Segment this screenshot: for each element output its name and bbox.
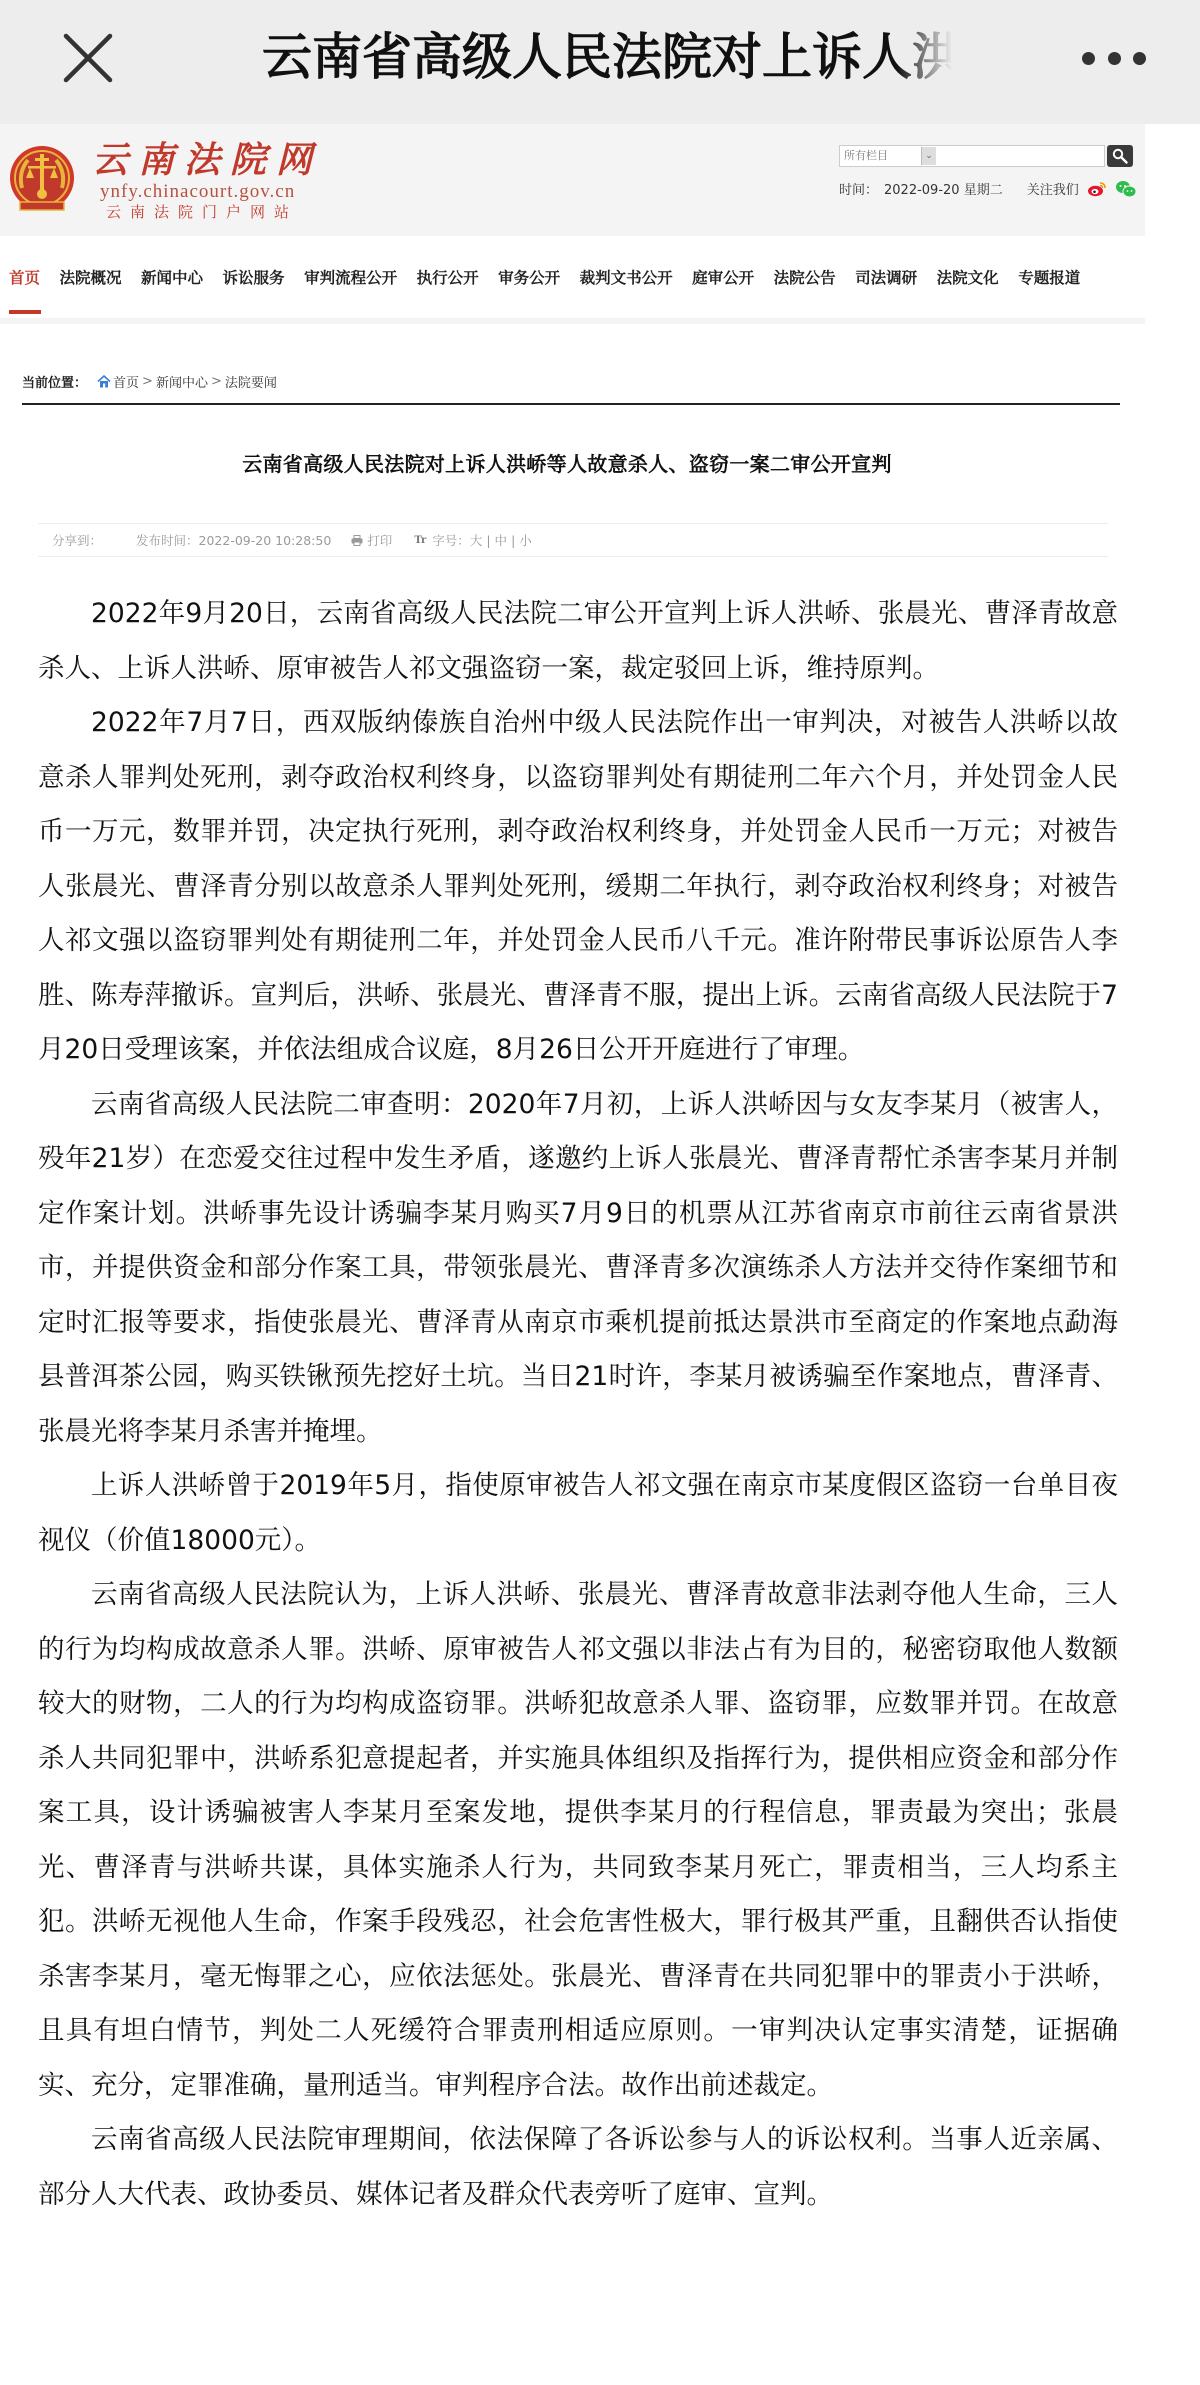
home-icon — [97, 375, 111, 388]
breadcrumb-separator: > — [142, 374, 153, 389]
nav-item-court-affairs[interactable]: 审务公开 — [498, 266, 560, 288]
font-size-icon: Tr — [414, 535, 426, 546]
publish-time-label: 发布时间： — [136, 533, 199, 548]
more-dots-icon — [1133, 52, 1146, 65]
article-paragraph: 云南省高级人民法院认为，上诉人洪峤、张晨光、曹泽青故意非法剥夺他人生命，三人的行… — [38, 1568, 1118, 2113]
logo-url: ynfy.chinacourt.gov.cn — [100, 182, 322, 202]
breadcrumb: 当前位置： 首页 > 新闻中心 > 法院要闻 — [22, 372, 277, 391]
search-scope-value: 所有栏目 — [844, 149, 888, 162]
breadcrumb-court-news[interactable]: 法院要闻 — [225, 372, 277, 391]
current-date: 2022-09-20 星期二 — [884, 179, 1003, 198]
divider: | — [486, 533, 490, 548]
nav-item-court-hearings[interactable]: 庭审公开 — [692, 266, 754, 288]
article-paragraph: 云南省高级人民法院二审查明：2020年7月初，上诉人洪峤因与女友李某月（被害人，… — [38, 1078, 1118, 1460]
chevron-down-icon: ⌄ — [921, 147, 936, 165]
nav-item-judicial-research[interactable]: 司法调研 — [855, 266, 917, 288]
print-button[interactable]: 打印 — [351, 531, 392, 549]
font-size-control: Tr 字号： 大 | 中 | 小 — [414, 531, 531, 549]
more-dots-icon — [1082, 52, 1095, 65]
main-nav: 首页 法院概况 新闻中心 诉讼服务 审判流程公开 执行公开 审务公开 裁判文书公… — [0, 236, 1145, 320]
search-button[interactable] — [1107, 145, 1133, 167]
logo-subtitle: 云南法院门户网站 — [106, 202, 322, 222]
font-size-small[interactable]: 小 — [519, 531, 532, 549]
share-label[interactable]: 分享到： — [52, 531, 102, 549]
breadcrumb-news-center[interactable]: 新闻中心 — [156, 372, 208, 391]
more-menu-button[interactable] — [1082, 44, 1146, 72]
article-title: 云南省高级人民法院对上诉人洪峤等人故意杀人、盗窃一案二审公开宣判 — [38, 448, 1096, 477]
nav-item-litigation-services[interactable]: 诉讼服务 — [223, 266, 285, 288]
publish-time: 发布时间：2022-09-20 10:28:50 — [136, 531, 331, 549]
nav-divider — [0, 318, 1145, 324]
font-size-large[interactable]: 大 — [470, 531, 483, 549]
site-header: 云南法院网 ynfy.chinacourt.gov.cn 云南法院门户网站 所有… — [0, 124, 1145, 236]
nav-item-enforcement[interactable]: 执行公开 — [417, 266, 479, 288]
nav-item-court-overview[interactable]: 法院概况 — [60, 266, 122, 288]
printer-icon — [351, 535, 363, 546]
breadcrumb-home[interactable]: 首页 — [113, 372, 139, 391]
logo-title: 云南法院网 — [92, 138, 322, 182]
article-paragraph: 上诉人洪峤曾于2019年5月，指使原审被告人祁文强在南京市某度假区盗窃一台单目夜… — [38, 1459, 1118, 1568]
close-button[interactable] — [60, 30, 116, 86]
nav-item-court-culture[interactable]: 法院文化 — [937, 266, 999, 288]
court-emblem-icon[interactable] — [8, 144, 76, 216]
wechat-icon[interactable] — [1115, 180, 1137, 198]
webview-top-bar: 云南省高级人民法院对上诉人洪峤等人故意杀人、盗窃一案二审公开宣判 — [0, 0, 1200, 124]
follow-us-label: 关注我们 — [1027, 179, 1079, 198]
search-input[interactable] — [936, 145, 1105, 167]
more-dots-icon — [1108, 52, 1121, 65]
divider: | — [511, 533, 515, 548]
webview-title: 云南省高级人民法院对上诉人洪峤等人故意杀人、盗窃一案二审公开宣判 — [262, 22, 952, 92]
article-meta-bar: 分享到： 发布时间：2022-09-20 10:28:50 打印 Tr 字号： … — [38, 523, 1108, 557]
breadcrumb-divider — [22, 403, 1120, 405]
site-logo[interactable]: 云南法院网 ynfy.chinacourt.gov.cn 云南法院门户网站 — [92, 138, 322, 222]
nav-item-home[interactable]: 首页 — [9, 266, 40, 288]
font-size-label: 字号： — [432, 531, 470, 549]
publish-time-value: 2022-09-20 10:28:50 — [199, 533, 332, 548]
search-icon — [1112, 148, 1128, 164]
font-size-medium[interactable]: 中 — [495, 531, 508, 549]
article-paragraph: 云南省高级人民法院审理期间，依法保障了各诉讼参与人的诉讼权利。当事人近亲属、部分… — [38, 2113, 1118, 2222]
nav-item-announcements[interactable]: 法院公告 — [774, 266, 836, 288]
article-paragraph: 2022年7月7日，西双版纳傣族自治州中级人民法院作出一审判决，对被告人洪峤以故… — [38, 696, 1118, 1078]
weibo-icon[interactable] — [1087, 181, 1107, 197]
search-scope-select[interactable]: 所有栏目 ⌄ — [839, 145, 936, 167]
site-search: 所有栏目 ⌄ — [839, 145, 1133, 167]
nav-item-judgments[interactable]: 裁判文书公开 — [580, 266, 673, 288]
article-paragraph: 2022年9月20日，云南省高级人民法院二审公开宣判上诉人洪峤、张晨光、曹泽青故… — [38, 587, 1118, 696]
site-meta: 时间： 2022-09-20 星期二 关注我们 — [839, 179, 1137, 198]
time-label: 时间： — [839, 179, 878, 198]
nav-item-news-center[interactable]: 新闻中心 — [141, 266, 203, 288]
breadcrumb-separator: > — [211, 374, 222, 389]
nav-item-trial-process[interactable]: 审判流程公开 — [304, 266, 397, 288]
print-label: 打印 — [367, 531, 392, 549]
breadcrumb-label: 当前位置： — [22, 372, 87, 391]
close-icon — [60, 30, 116, 86]
nav-item-special-reports[interactable]: 专题报道 — [1018, 266, 1080, 288]
article-body: 2022年9月20日，云南省高级人民法院二审公开宣判上诉人洪峤、张晨光、曹泽青故… — [38, 587, 1118, 2222]
